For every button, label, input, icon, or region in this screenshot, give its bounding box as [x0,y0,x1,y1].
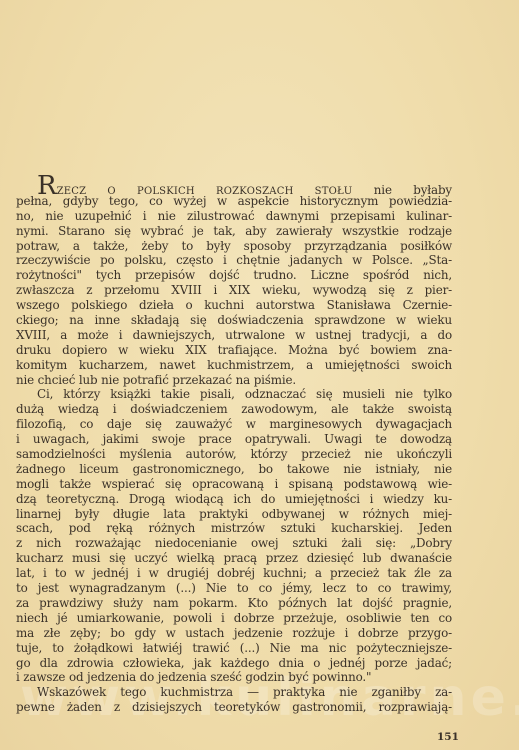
text-line: nymi. Starano się wybrać je tak, aby zaw… [16,224,452,239]
text-line: filozofią, co daje się zauważyć w margin… [16,417,452,432]
text-line: zwłaszcza z przełomu XVIII i XIX wieku, … [16,283,452,298]
paragraph-start-line: Wskazówek tego kuchmistrza — praktyka ni… [16,685,452,700]
text-line: ma złe zęby; bo gdy w ustach jedzenie ro… [16,626,452,641]
text-line: żadnego liceum gastronomicznego, bo tako… [16,462,452,477]
text-line: scach, pod ręką różnych mistrzów sztuki … [16,521,452,536]
text-line: pełna, gdyby tego, co wyżej w aspekcie h… [16,194,452,209]
text-line: i uwagach, jakimi swoje prace opatrywali… [16,432,452,447]
text-line: XVIII, a może i dawniejszych, utrwalone … [16,328,452,343]
text-line: wszego polskiego dzieła o kuchni autorst… [16,298,452,313]
text-line: rożytności" tych przepisów dojść trudno.… [16,268,452,283]
text-line: dużą wiedzą i doświadczeniem zawodowym, … [16,402,452,417]
text-line: pewne żaden z dzisiejszych teoretyków ga… [16,700,452,715]
text-line: ckiego; na inne składają się doświadczen… [16,313,452,328]
text-line: rzeczywiście po polsku, często i chętnie… [16,253,452,268]
text-line: linarnej były długie lata praktyki odbyw… [16,507,452,522]
text-line: lat, i to w jednéj i w drugiéj dobréj ku… [16,566,452,581]
text-line: mogli także wspierać się opracowaną i sp… [16,477,452,492]
book-page: www.kulinarne.pl RZECZ O POLSKICH ROZKOS… [0,0,519,750]
opening-line: RZECZ O POLSKICH ROZKOSZACH STOŁU nie by… [16,179,452,194]
text-line: tuje, to żołądkowi łatwiéj trawić (...) … [16,641,452,656]
text-line: kucharz musi się uczyć wielką pracą prze… [16,551,452,566]
paragraph-end-line: nie chcieć lub nie potrafić przekazać na… [16,373,452,388]
text-line: go dla zdrowia człowieka, jak każdego dn… [16,656,452,671]
text-line: druku dopiero w wieku XIX trafiające. Mo… [16,343,452,358]
text-line: no, nie uzupełnić i nie zilustrować dawn… [16,209,452,224]
paragraph-start-line: Ci, którzy książki takie pisali, odznacz… [16,387,452,402]
text-line: za prawdziwy służy nam pokarm. Kto późny… [16,596,452,611]
page-number: 151 [437,731,459,743]
text-line: to jest wynagradzanym (...) Nie to co jé… [16,581,452,596]
text-line: z nich rozważając niedocenianie owej szt… [16,536,452,551]
text-line: komitym kucharzem, nawet kuchmistrzem, a… [16,358,452,373]
text-line: dzą teoretyczną. Drogą wiodącą ich do um… [16,492,452,507]
text-line: niech jé umiarkowanie, powoli i dobrze p… [16,611,452,626]
body-text: RZECZ O POLSKICH ROZKOSZACH STOŁU nie by… [16,175,452,715]
text-line: potraw, a także, żeby to były sposoby pr… [16,239,452,254]
paragraph-end-line: i zawsze od jedzenia do jedzenia sześć g… [16,670,452,685]
text-line: samodzielności myślenia autorów, którzy … [16,447,452,462]
